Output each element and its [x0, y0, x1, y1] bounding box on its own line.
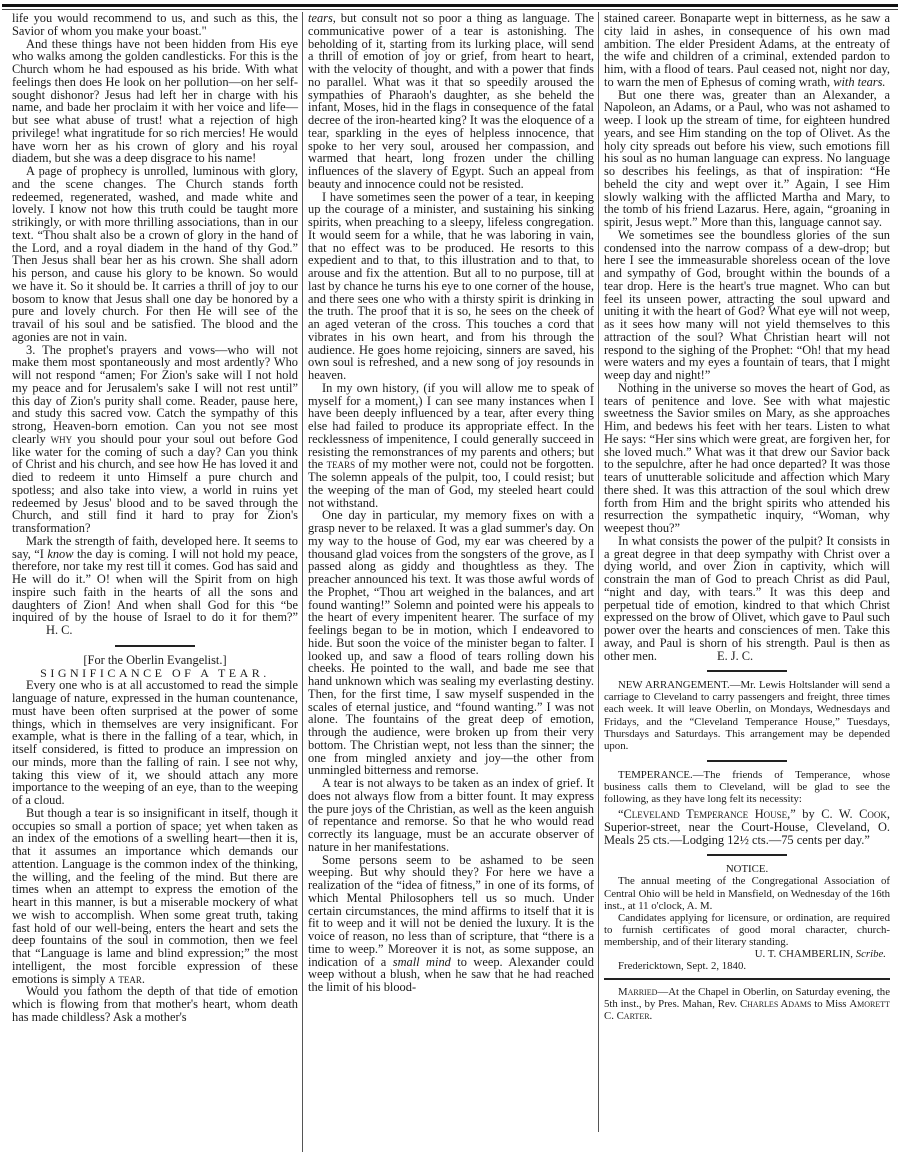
emphasis-with-tears: with tears. [833, 75, 885, 89]
paragraph: But one there was, greater than an Alexa… [604, 89, 890, 229]
paragraph: I have sometimes seen the power of a tea… [308, 191, 594, 382]
author-signature: H. C. [46, 623, 73, 637]
paragraph: And these things have not been hidden fr… [12, 38, 298, 166]
temperance-house-listing: “Cleveland Temperance House,” by C. W. C… [604, 808, 890, 846]
paragraph: In what consists the power of the pulpit… [604, 535, 890, 663]
paragraph: In my own history, (if you will allow me… [308, 382, 594, 510]
notice-temperance: TEMPERANCE.—The friends of Temperance, w… [604, 769, 890, 805]
page-top-rule-thin [2, 9, 898, 10]
paragraph: Nothing in the universe so moves the hea… [604, 382, 890, 535]
notice-new-arrangement: NEW ARRANGEMENT.—Mr. Lewis Holtslander w… [604, 679, 890, 752]
paragraph: Every one who is at all accustomed to re… [12, 679, 298, 807]
author-signature: E. J. C. [717, 649, 753, 663]
paragraph: Candidates applying for licensure, or or… [604, 912, 890, 948]
page-top-rule [2, 4, 898, 7]
paragraph: The annual meeting of the Congregational… [604, 875, 890, 911]
column-divider-2 [598, 12, 599, 1132]
section-divider [707, 854, 787, 856]
section-divider [604, 978, 890, 980]
paragraph: tears, but consult not so poor a thing a… [308, 12, 594, 191]
column-divider-1 [302, 12, 303, 1152]
column-2: tears, but consult not so poor a thing a… [308, 12, 594, 994]
section-divider [115, 645, 195, 647]
notice-heading: NEW ARRANGEMENT. [618, 679, 730, 691]
paragraph: We sometimes see the boundless glories o… [604, 229, 890, 382]
paragraph: stained career. Bonaparte wept in bitter… [604, 12, 890, 89]
section-divider [707, 760, 787, 762]
paragraph: Would you fathom the depth of that tide … [12, 985, 298, 1023]
notice-heading: NOTICE. [604, 863, 890, 875]
paragraph: A tear is not always to be taken as an i… [308, 777, 594, 854]
paragraph: A page of prophecy is unrolled, luminous… [12, 165, 298, 344]
paragraph: Some persons seem to be ashamed to be se… [308, 854, 594, 994]
section-divider [707, 670, 787, 672]
notice-heading: Married [618, 986, 657, 998]
paragraph: But though a tear is so insignificant in… [12, 807, 298, 986]
column-3: stained career. Bonaparte wept in bitter… [604, 12, 890, 1022]
notice-signature: U. T. CHAMBERLIN, Scribe. [604, 948, 890, 960]
paragraph: 3. The prophet's prayers and vows—who wi… [12, 344, 298, 535]
column-1: life you would recommend to us, and such… [12, 12, 298, 1024]
paragraph: Mark the strength of faith, developed he… [12, 535, 298, 637]
notice-heading: TEMPERANCE. [618, 769, 693, 781]
marriage-notice: Married—At the Chapel in Oberlin, on Sat… [604, 986, 890, 1022]
paragraph: life you would recommend to us, and such… [12, 12, 298, 38]
paragraph: One day in particular, my memory fixes o… [308, 509, 594, 777]
notice-place-date: Fredericktown, Sept. 2, 1840. [604, 960, 890, 972]
source-line: [For the Oberlin Evangelist.] [12, 654, 298, 667]
